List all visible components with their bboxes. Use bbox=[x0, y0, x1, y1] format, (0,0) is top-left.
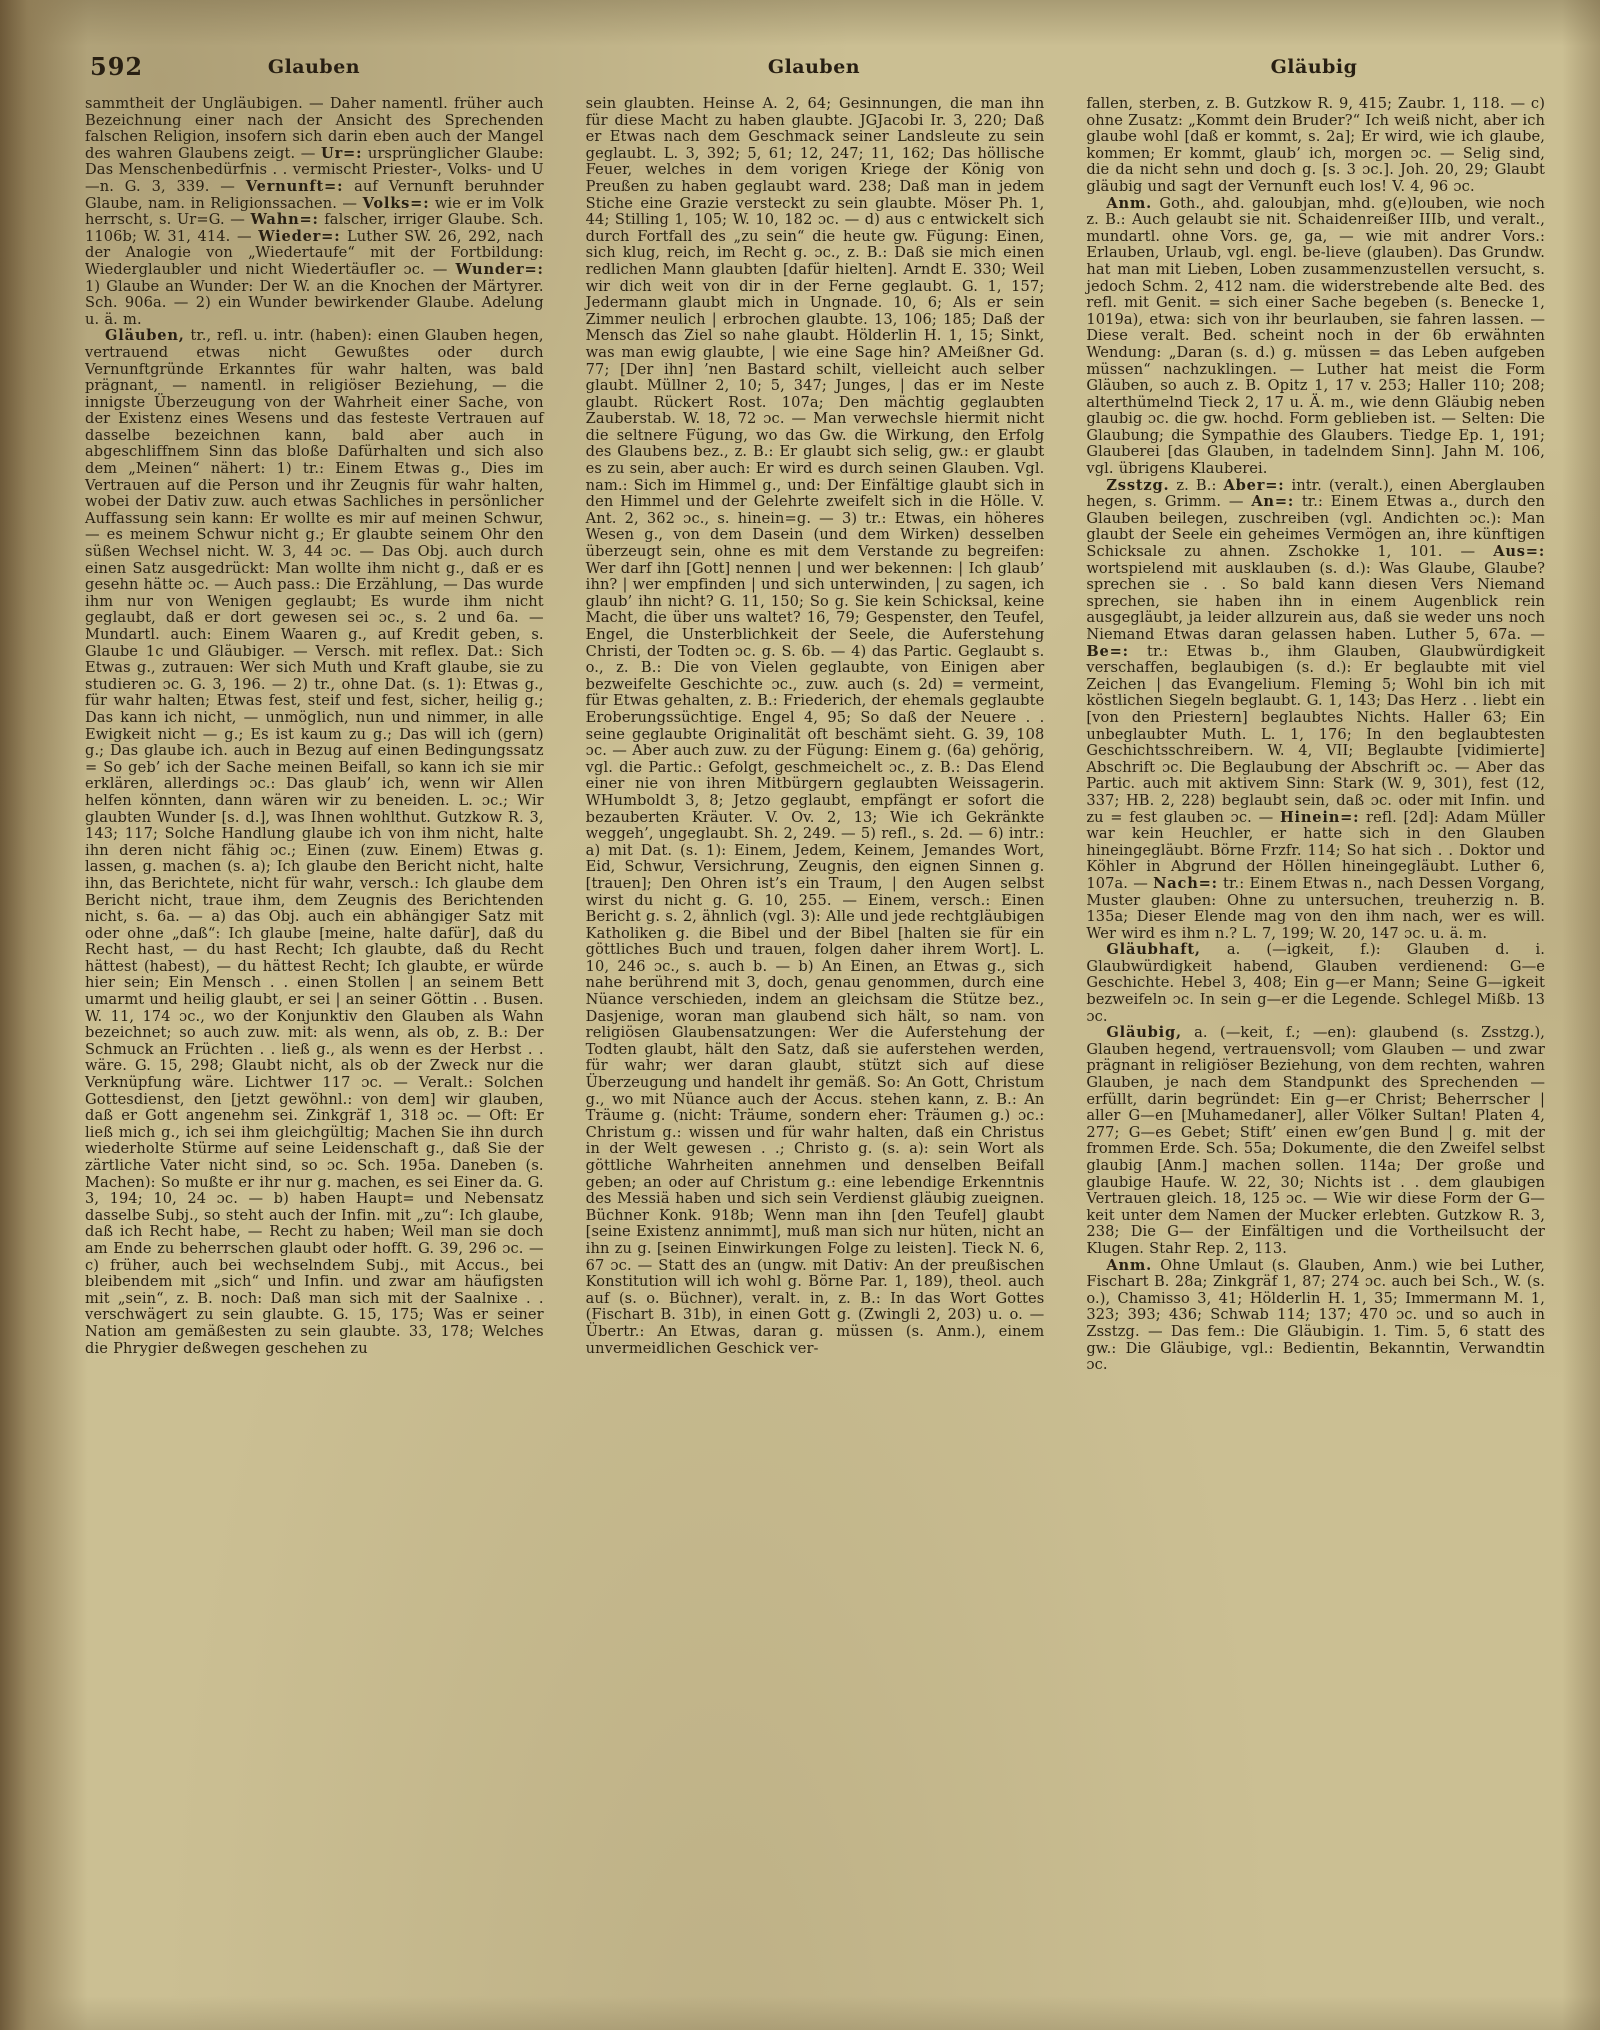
entry-headword: Anm. bbox=[1106, 1257, 1152, 1274]
body-text: Ohne Umlaut (s. Glauben, Anm.) wie bei L… bbox=[1086, 1257, 1545, 1374]
body-text: fallen, sterben, z. B. Gutzkow R. 9, 415… bbox=[1086, 95, 1545, 195]
entry-headword: Ur=: bbox=[321, 145, 362, 162]
text-columns: sammtheit der Ungläubigen. — Daher namen… bbox=[85, 96, 1545, 2006]
text-column-3: fallen, sterben, z. B. Gutzkow R. 9, 415… bbox=[1086, 96, 1545, 2006]
entry-headword: Vernunft=: bbox=[246, 178, 343, 195]
entry-headword: Volks=: bbox=[363, 195, 430, 212]
text-column-2: sein glaubten. Heinse A. 2, 64; Gesinnun… bbox=[586, 96, 1045, 2006]
body-text: wortspielend mit ausklauben (s. d.): Was… bbox=[1086, 560, 1545, 643]
paragraph: sein glaubten. Heinse A. 2, 64; Gesinnun… bbox=[586, 96, 1045, 1357]
entry-headword: Anm. bbox=[1106, 195, 1152, 212]
entry-headword: Nach=: bbox=[1153, 875, 1218, 892]
body-text: tr., refl. u. intr. (haben): einen Glaub… bbox=[85, 327, 544, 1356]
paragraph: Zsstzg. z. B.: Aber=: intr. (veralt.), e… bbox=[1086, 478, 1545, 943]
entry-headword: Zsstzg. bbox=[1106, 477, 1169, 494]
paragraph: Gläubig, a. (—keit, f.; —en): glaubend (… bbox=[1086, 1025, 1545, 1257]
paragraph: Gläuben, tr., refl. u. intr. (haben): ei… bbox=[85, 328, 544, 1357]
body-text: a. (—keit, f.; —en): glaubend (s. Zsstzg… bbox=[1086, 1024, 1545, 1257]
entry-headword: Aber=: bbox=[1224, 477, 1285, 494]
running-head-row: 592 Glauben Glauben Gläubig bbox=[85, 52, 1545, 82]
entry-headword: Gläubig, bbox=[1106, 1024, 1182, 1041]
paragraph: sammtheit der Ungläubigen. — Daher namen… bbox=[85, 96, 544, 328]
body-text: 1) Glaube an Wunder: Der W. an die Knoch… bbox=[85, 278, 544, 328]
entry-headword: Wahn=: bbox=[251, 211, 319, 228]
body-text: sein glaubten. Heinse A. 2, 64; Gesinnun… bbox=[586, 95, 1045, 1357]
entry-headword: Aus=: bbox=[1493, 543, 1545, 560]
paragraph: Gläubhaft, a. (—igkeit, f.): Glauben d. … bbox=[1086, 942, 1545, 1025]
entry-headword: Wunder=: bbox=[455, 261, 543, 278]
scanned-dictionary-page: 592 Glauben Glauben Gläubig sammtheit de… bbox=[0, 0, 1600, 2030]
running-head-column-3: Gläubig bbox=[1085, 56, 1543, 78]
entry-headword: Wieder=: bbox=[258, 228, 340, 245]
running-head-column-1: Glauben bbox=[85, 56, 543, 78]
body-text: z. B.: bbox=[1169, 477, 1223, 494]
running-head-column-2: Glauben bbox=[585, 56, 1043, 78]
body-text: tr.: Etwas b., ihm Glauben, Glaubwürdigk… bbox=[1086, 643, 1545, 826]
body-text: Goth., ahd. galoubjan, mhd. g(e)louben, … bbox=[1086, 195, 1545, 478]
paragraph: fallen, sterben, z. B. Gutzkow R. 9, 415… bbox=[1086, 96, 1545, 196]
paragraph: Anm. Goth., ahd. galoubjan, mhd. g(e)lou… bbox=[1086, 196, 1545, 478]
paragraph: Anm. Ohne Umlaut (s. Glauben, Anm.) wie … bbox=[1086, 1258, 1545, 1374]
entry-headword: Gläubhaft, bbox=[1106, 941, 1200, 958]
text-column-1: sammtheit der Ungläubigen. — Daher namen… bbox=[85, 96, 544, 2006]
entry-headword: Be=: bbox=[1086, 643, 1128, 660]
entry-headword: An=: bbox=[1251, 493, 1294, 510]
entry-headword: Gläuben, bbox=[105, 327, 185, 344]
entry-headword: Hinein=: bbox=[1280, 809, 1359, 826]
